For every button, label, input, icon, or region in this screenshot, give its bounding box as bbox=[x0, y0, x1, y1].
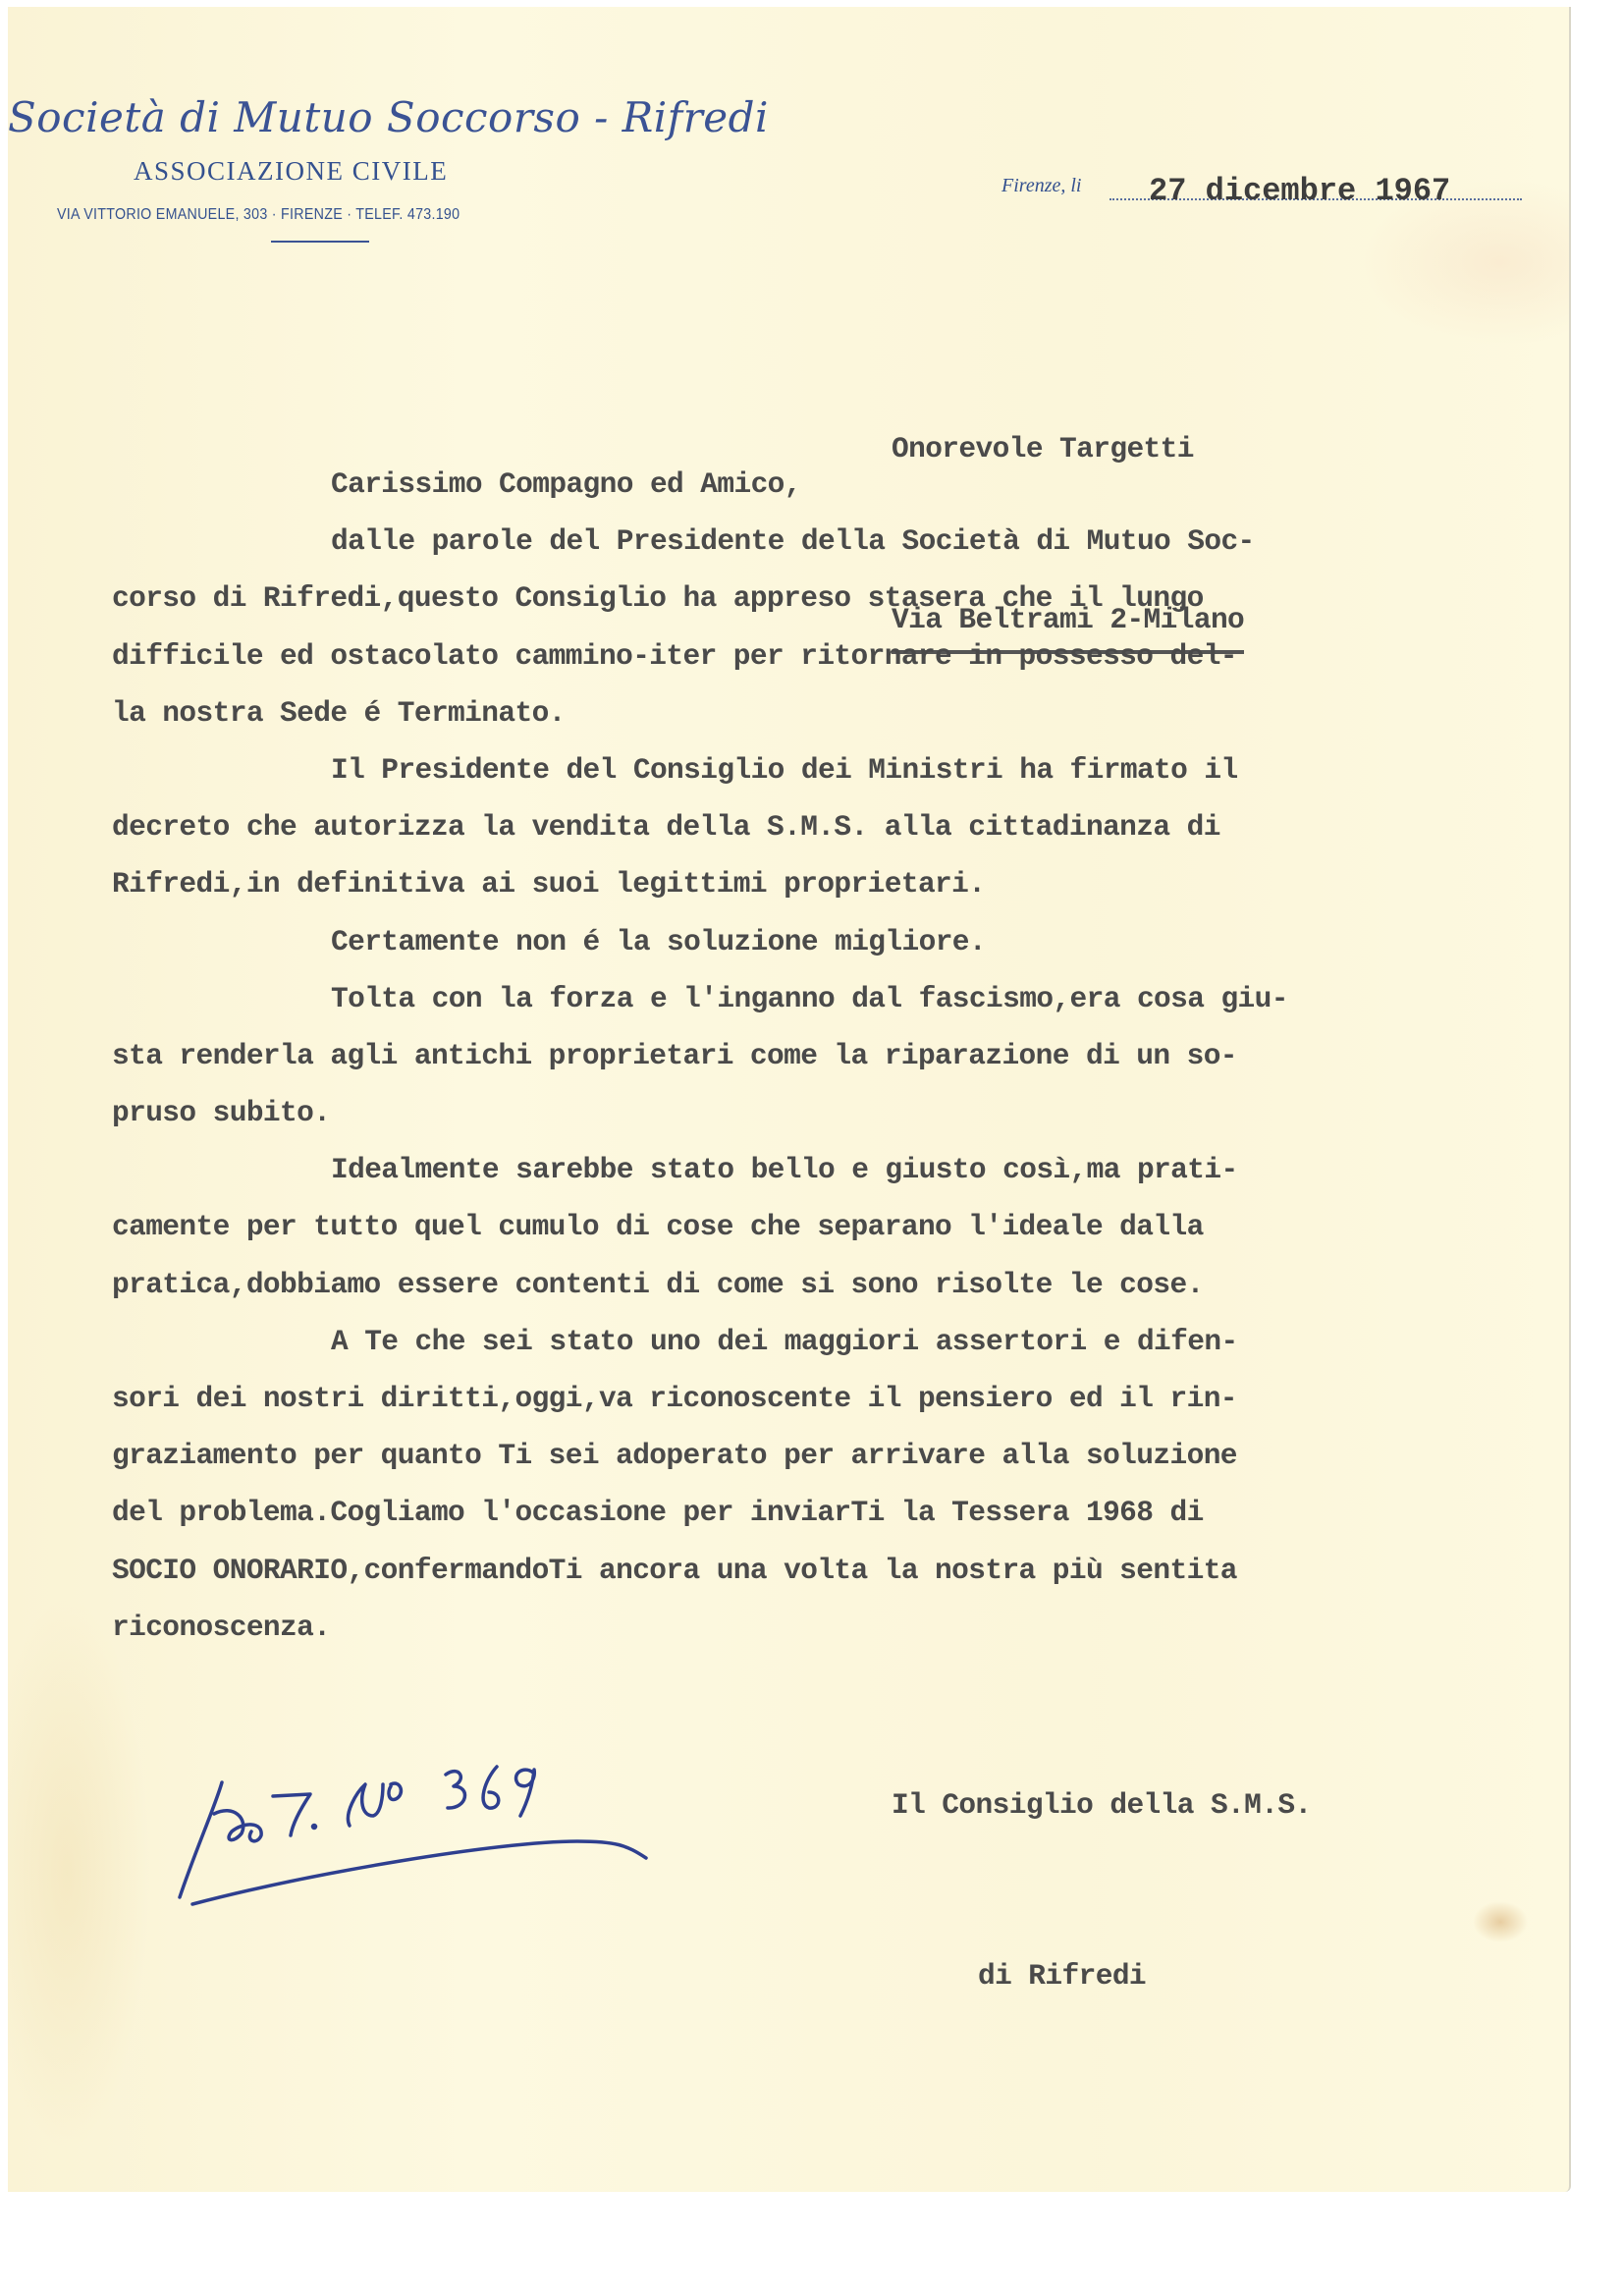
date-label: Firenze, li bbox=[1001, 175, 1081, 197]
body-line: Tolta con la forza e l'inganno dal fasci… bbox=[112, 970, 1288, 1027]
body-line: pratica,dobbiamo essere contenti di come… bbox=[112, 1256, 1288, 1313]
body-line: la nostra Sede é Terminato. bbox=[112, 684, 1288, 741]
handwritten-protocol-note: Prot. N° 369 bbox=[155, 1725, 784, 1941]
signature-line-2: di Rifredi bbox=[892, 1947, 1312, 2004]
body-line: camente per tutto quel cumulo di cose ch… bbox=[112, 1198, 1288, 1255]
letter-date: 27 dicembre 1967 bbox=[1149, 173, 1450, 209]
body-line: sori dei nostri diritti,oggi,va riconosc… bbox=[112, 1370, 1288, 1427]
body-line: Certamente non é la soluzione migliore. bbox=[112, 913, 1288, 970]
body-line: difficile ed ostacolato cammino-iter per… bbox=[112, 628, 1288, 684]
handwriting-strokes-icon bbox=[155, 1725, 784, 1941]
body-line: Rifredi,in definitiva ai suoi legittimi … bbox=[112, 855, 1288, 912]
body-line: corso di Rifredi,questo Consiglio ha app… bbox=[112, 570, 1288, 627]
organization-address: VIA VITTORIO EMANUELE, 303 · FIRENZE · T… bbox=[57, 206, 460, 224]
body-line: sta renderla agli antichi proprietari co… bbox=[112, 1027, 1288, 1084]
letter-page: Società di Mutuo Soccorso - Rifredi ASSO… bbox=[8, 7, 1571, 2192]
body-line: Idealmente sarebbe stato bello e giusto … bbox=[112, 1141, 1288, 1198]
body-line: SOCIO ONORARIO,confermandoTi ancora una … bbox=[112, 1542, 1288, 1599]
body-line: Carissimo Compagno ed Amico, bbox=[112, 456, 1288, 513]
letter-body: Carissimo Compagno ed Amico,dalle parole… bbox=[112, 456, 1288, 1656]
body-line: decreto che autorizza la vendita della S… bbox=[112, 798, 1288, 855]
dateline: Firenze, li 27 dicembre 1967 bbox=[1001, 169, 1522, 208]
body-line: del problema.Cogliamo l'occasione per in… bbox=[112, 1484, 1288, 1541]
body-line: Il Presidente del Consiglio dei Ministri… bbox=[112, 741, 1288, 798]
letterhead-divider bbox=[271, 241, 369, 243]
body-line: A Te che sei stato uno dei maggiori asse… bbox=[112, 1313, 1288, 1370]
body-line: riconoscenza. bbox=[112, 1599, 1288, 1656]
body-line: dalle parole del Presidente della Societ… bbox=[112, 513, 1288, 570]
association-title: ASSOCIAZIONE CIVILE bbox=[134, 156, 448, 187]
signature-block: Il Consiglio della S.M.S. di Rifredi bbox=[892, 1663, 1312, 2118]
organization-name: Società di Mutuo Soccorso - Rifredi bbox=[8, 93, 769, 141]
body-line: pruso subito. bbox=[112, 1084, 1288, 1141]
body-line: graziamento per quanto Ti sei adoperato … bbox=[112, 1427, 1288, 1484]
signature-line-1: Il Consiglio della S.M.S. bbox=[892, 1777, 1312, 1833]
